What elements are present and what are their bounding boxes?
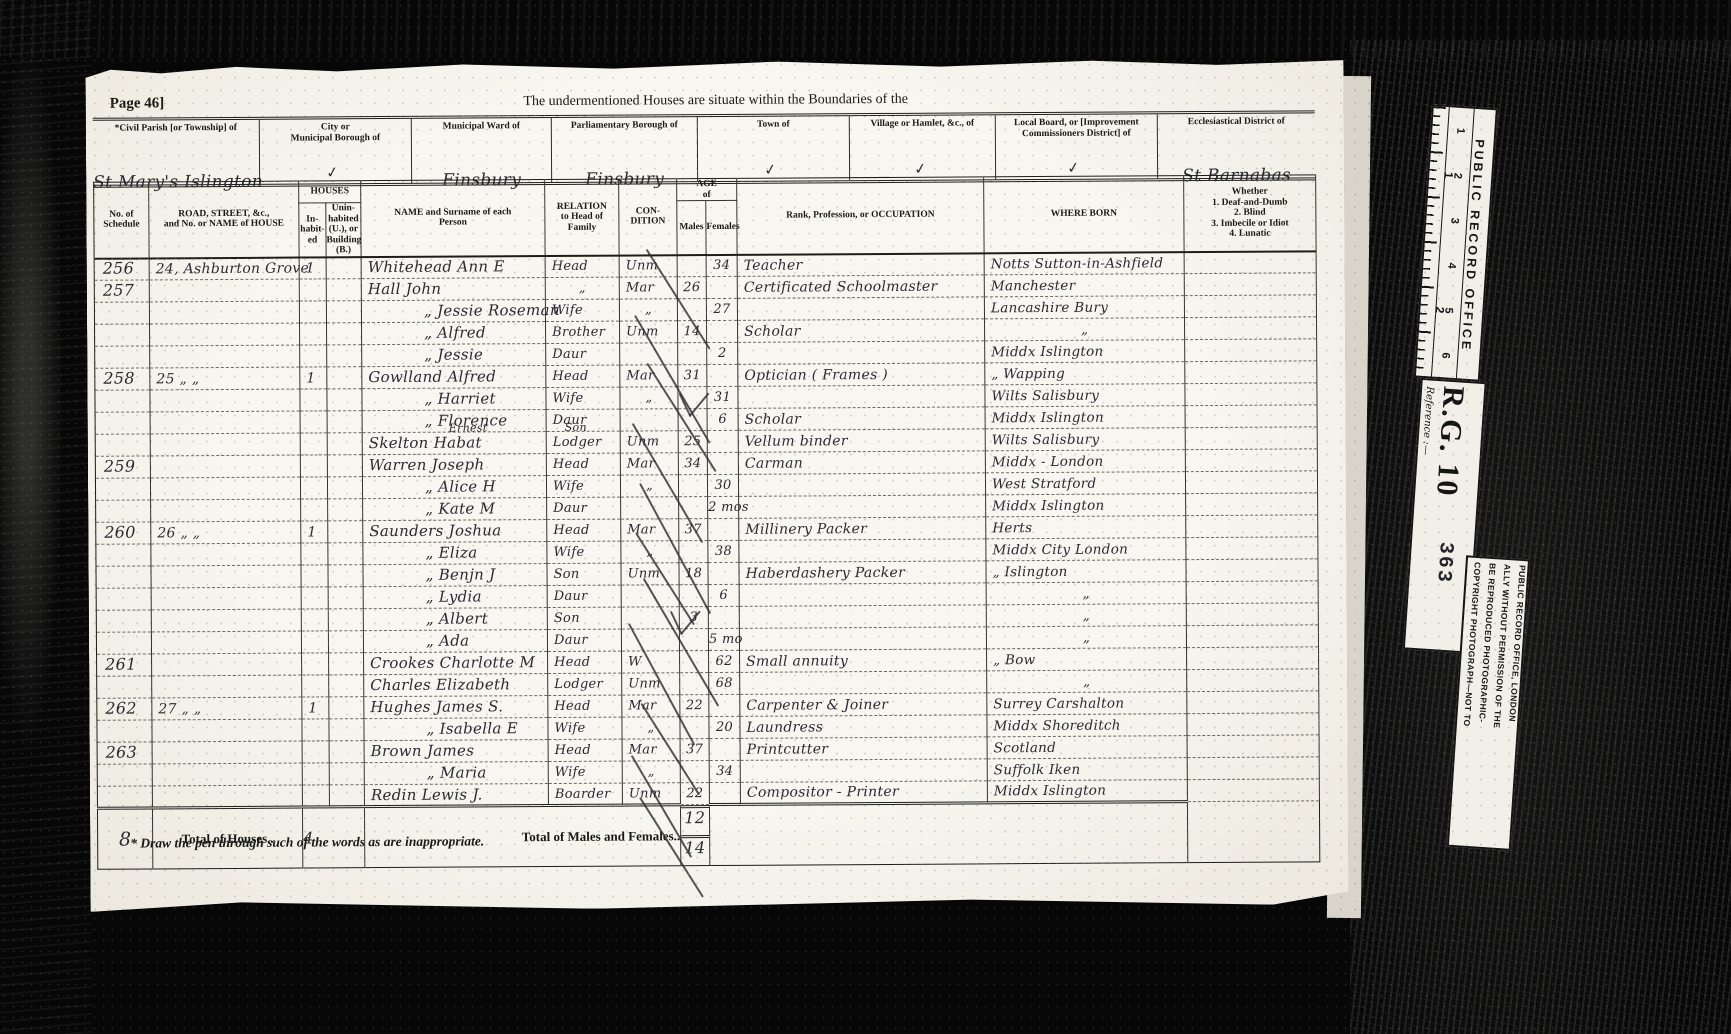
cell-relation: SonLodger <box>546 431 620 453</box>
background-texture-left <box>0 0 92 1034</box>
handwritten-entry: Lodger <box>547 434 602 452</box>
cell-schedule <box>95 478 150 500</box>
header-field-3: Parliamentary Borough ofFinsbury <box>551 117 697 182</box>
handwritten-entry: W <box>622 653 642 671</box>
cell-disability <box>1187 713 1319 736</box>
cell-name: „ Lydia <box>363 586 547 609</box>
cell-age-f <box>708 562 739 584</box>
cell-inhabited <box>301 565 328 587</box>
cell-inhabited <box>299 279 326 301</box>
cell-road <box>149 301 299 324</box>
cell-relation: Wife <box>546 387 620 409</box>
cell-age-f <box>706 276 737 298</box>
cell-inhabited <box>301 543 328 565</box>
cell-road <box>152 653 302 676</box>
cell-inhabited <box>300 411 327 433</box>
cell-occupation: Carman <box>738 451 985 475</box>
cell-born: West Stratford <box>985 472 1185 495</box>
cell-disability <box>1185 471 1317 494</box>
handwritten-entry: Lancashire Bury <box>985 298 1108 317</box>
handwritten-entry: „ Ada <box>364 632 470 651</box>
cell-born: „ <box>986 604 1186 627</box>
cell-occupation: Laundress <box>740 715 987 739</box>
cell-road <box>150 411 300 434</box>
cell-uninhabited <box>327 433 362 455</box>
cell-disability <box>1186 537 1318 560</box>
handwritten-entry: Scholar <box>739 410 802 428</box>
cell-name: Saunders Joshua <box>363 520 547 543</box>
handwritten-entry: Mar <box>623 741 657 759</box>
cell-name: Hall John <box>361 278 545 301</box>
page-number-label: Page 46] <box>110 95 165 112</box>
cell-uninhabited <box>327 345 362 367</box>
cell-age-m <box>677 255 706 277</box>
handwritten-entry: Millinery Packer <box>739 520 867 539</box>
handwritten-entry: Daur <box>546 346 586 364</box>
header-field-7: Ecclesiastical District ofSt Barnabas <box>1157 113 1315 178</box>
handwritten-entry: „ Isabella E <box>364 719 518 738</box>
handwritten-entry: 26 „ „ <box>151 524 200 542</box>
handwritten-entry: 259 <box>96 458 136 476</box>
cell-relation: Daur <box>547 497 621 519</box>
scanned-census-photograph: Page 46] The undermentioned Houses are s… <box>0 0 1731 1034</box>
cell-name: ErnestSkelton Habat <box>362 432 546 455</box>
cell-schedule <box>95 324 150 346</box>
cell-name: „ Kate M <box>363 498 547 521</box>
cell-condition <box>620 343 678 365</box>
handwritten-entry: Brother <box>546 324 605 342</box>
cell-uninhabited <box>328 499 363 521</box>
handwritten-entry: 6 <box>719 587 728 605</box>
cell-born: Manchester <box>984 274 1184 297</box>
cell-relation: Brother <box>546 321 620 343</box>
cell-schedule <box>96 500 151 522</box>
cell-condition: Mar <box>619 277 677 299</box>
handwritten-entry: Wilts Salisbury <box>986 430 1100 449</box>
census-form-sheet: Page 46] The undermentioned Houses are s… <box>85 56 1348 912</box>
cell-inhabited <box>301 499 328 521</box>
header-field-2: Municipal Ward ofFinsbury <box>411 118 551 183</box>
cell-born: „ <box>986 626 1186 649</box>
cell-condition: Mar <box>620 453 678 475</box>
handwritten-entry: Wilts Salisbury <box>985 386 1099 405</box>
handwritten-entry: Warren Joseph <box>363 455 485 474</box>
cell-inhabited <box>302 653 329 675</box>
handwritten-entry: Head <box>546 368 588 386</box>
handwritten-entry: Head <box>549 742 591 760</box>
cell-uninhabited <box>329 675 364 697</box>
cell-name: Redin Lewis J. <box>364 784 548 807</box>
cell-age-f: 6 <box>708 584 739 606</box>
cell-uninhabited <box>327 367 362 389</box>
handwritten-entry: Daur <box>547 500 587 518</box>
handwritten-entry: 262 <box>97 700 137 718</box>
cell-road <box>152 763 302 786</box>
cell-inhabited <box>300 477 327 499</box>
cell-occupation: Scholar <box>738 407 985 431</box>
handwritten-entry: Middx Islington <box>986 408 1104 427</box>
cell-condition: Unm <box>622 673 680 695</box>
cell-schedule <box>94 302 149 324</box>
cell-disability <box>1185 449 1317 472</box>
cell-uninhabited <box>329 653 364 675</box>
cell-inhabited: 1 <box>301 521 328 543</box>
handwritten-entry: „ <box>987 628 1186 647</box>
handwritten-entry: Wife <box>547 544 584 562</box>
cell-born: „ <box>986 582 1186 605</box>
cell-occupation: Vellum binder <box>738 429 985 453</box>
cell-schedule: 259 <box>95 456 150 478</box>
handwritten-entry: Wife <box>549 764 586 782</box>
handwritten-entry: Son <box>548 566 580 584</box>
cell-road <box>151 587 301 610</box>
cell-schedule <box>96 610 151 632</box>
cell-inhabited: 1 <box>299 257 326 279</box>
handwritten-entry: Haberdashery Packer <box>740 563 906 582</box>
handwritten-entry: 24, Ashburton Grove <box>150 259 310 278</box>
handwritten-entry: Wife <box>547 478 584 496</box>
cell-age-f <box>709 782 740 804</box>
handwritten-entry: Daur <box>548 588 588 606</box>
handwritten-entry: „ Alice H <box>363 477 496 496</box>
cell-born: „ <box>987 670 1187 693</box>
handwritten-entry: Middx Islington <box>986 496 1104 515</box>
cell-disability <box>1186 559 1318 582</box>
cell-uninhabited <box>328 543 363 565</box>
cell-relation: Son <box>547 563 621 585</box>
cell-road <box>150 345 300 368</box>
handwritten-entry: Carpenter & Joiner <box>740 695 888 714</box>
cell-disability <box>1187 757 1319 780</box>
cell-disability <box>1185 427 1317 450</box>
handwritten-entry: 27 „ „ <box>152 700 201 718</box>
cell-road <box>152 675 302 698</box>
cell-born: Middx Islington <box>987 780 1187 803</box>
handwritten-entry: „ Harriet <box>362 389 495 408</box>
handwritten-entry: Optician ( Frames ) <box>738 365 888 384</box>
cell-schedule <box>97 720 152 742</box>
handwritten-entry: Teacher <box>738 256 803 274</box>
cell-schedule: 260 <box>96 522 151 544</box>
handwritten-entry: Head <box>546 258 588 276</box>
cell-relation: Boarder <box>548 783 622 805</box>
tick-mark: ✓ <box>913 159 928 179</box>
cell-age-m <box>678 475 707 497</box>
cell-occupation <box>740 759 987 783</box>
handwritten-entry: 1 <box>301 523 316 541</box>
col-header-disability: Whether 1. Deaf-and-Dumb 2. Blind 3. Imb… <box>1184 175 1316 252</box>
cell-uninhabited <box>328 609 363 631</box>
cell-occupation: Certificated Schoolmaster <box>737 275 984 299</box>
cell-inhabited <box>301 587 328 609</box>
cell-age-m: 31 <box>678 365 707 387</box>
cell-road <box>150 455 300 478</box>
cell-born: Middx City London <box>986 538 1186 561</box>
inserted-text: Son <box>565 423 587 433</box>
handwritten-entry: Wife <box>546 390 583 408</box>
handwritten-entry: Mar <box>620 279 654 297</box>
col-header-born: WHERE BORN <box>984 176 1184 253</box>
handwritten-entry: 34 <box>713 257 730 275</box>
header-field-label: Village or Hamlet, &c., of <box>850 118 995 130</box>
header-field-1: City or Municipal Borough of✓ <box>259 119 411 184</box>
col-header-condition: CON- DITION <box>619 179 677 255</box>
col-header-name: NAME and Surname of each Person <box>361 180 545 257</box>
cell-age-f: 38 <box>708 540 739 562</box>
col-header-inhabited: In- habit- ed <box>299 203 326 257</box>
handwritten-entry: 258 <box>95 370 135 388</box>
census-table: No. of Schedule ROAD, STREET, &c., and N… <box>93 174 1320 869</box>
cell-condition: Unm <box>622 783 680 805</box>
cell-disability <box>1185 361 1317 384</box>
cell-relation: Wife <box>548 717 622 739</box>
cell-condition <box>620 409 678 431</box>
handwritten-entry: Middx - London <box>986 452 1104 471</box>
cell-disability <box>1187 669 1319 692</box>
cell-age-f: 34 <box>706 254 737 276</box>
handwritten-entry: Head <box>548 654 590 672</box>
cell-condition <box>621 629 679 651</box>
cell-disability <box>1187 691 1319 714</box>
cell-inhabited <box>301 631 328 653</box>
handwritten-entry: Printcutter <box>741 740 829 759</box>
cell-inhabited <box>300 345 327 367</box>
handwritten-entry: „ Benjn J <box>364 565 496 584</box>
ruler-cm-number: 6 <box>1439 351 1451 358</box>
cell-born: Middx Islington <box>985 406 1185 429</box>
handwritten-entry: Wife <box>546 302 583 320</box>
handwritten-entry: 34 <box>716 763 733 781</box>
cell-disability <box>1186 603 1318 626</box>
cell-road: 27 „ „ <box>152 697 302 720</box>
cell-relation: Head <box>546 365 620 387</box>
cell-road: 24, Ashburton Grove <box>149 257 299 280</box>
cell-age-f <box>709 738 740 760</box>
cell-relation: Daur <box>547 585 621 607</box>
handwritten-entry: Saunders Joshua <box>363 521 501 540</box>
cell-age-m <box>680 651 709 673</box>
cell-born: Middx Shoreditch <box>987 714 1187 737</box>
handwritten-entry: „ Alfred <box>362 323 486 342</box>
handwritten-entry: Daur <box>548 632 588 650</box>
cell-uninhabited <box>329 763 364 785</box>
cell-relation: Wife <box>547 541 621 563</box>
cell-uninhabited <box>329 719 364 741</box>
cell-age-f: 30 <box>707 474 738 496</box>
handwritten-entry: Wife <box>548 720 585 738</box>
handwritten-entry: Son <box>548 610 580 628</box>
handwritten-entry: 22 <box>686 697 703 715</box>
handwritten-entry: Manchester <box>985 276 1076 295</box>
cell-relation: Head <box>547 519 621 541</box>
cell-name: Brown James <box>364 740 548 763</box>
cell-road <box>151 499 301 522</box>
ruler-cm-number: 1 <box>1454 127 1466 134</box>
cell-occupation <box>740 671 987 695</box>
handwritten-entry: 1 <box>300 259 315 277</box>
cell-uninhabited <box>327 477 362 499</box>
cell-age-f <box>708 606 739 628</box>
handwritten-entry: 5 mo <box>709 631 743 649</box>
handwritten-entry: West Stratford <box>986 474 1097 493</box>
inserted-text: Ernest <box>449 423 488 433</box>
cell-age-m <box>678 343 707 365</box>
handwritten-entry: Head <box>548 698 590 716</box>
column-headers: No. of Schedule ROAD, STREET, &c., and N… <box>94 175 1316 258</box>
handwritten-entry: 260 <box>96 524 136 542</box>
cell-disability <box>1187 647 1319 670</box>
tick-mark: ✓ <box>325 163 340 183</box>
cell-name: „ Benjn J <box>363 564 547 587</box>
header-field-4: Town of✓ <box>697 116 849 181</box>
handwritten-entry: Middx City London <box>986 540 1128 559</box>
handwritten-entry: 1 <box>302 699 317 717</box>
reference-series: R.G. 10 <box>1429 385 1470 499</box>
tick-mark: ✓ <box>763 160 778 180</box>
cell-schedule: 263 <box>97 742 152 764</box>
cell-born: „ Islington <box>986 560 1186 583</box>
cell-occupation <box>739 583 986 607</box>
cell-occupation <box>738 385 985 409</box>
cell-born: Herts <box>986 516 1186 539</box>
cell-name: Charles Elizabeth <box>364 674 548 697</box>
handwritten-entry: Mar <box>622 697 656 715</box>
cell-schedule: 262 <box>97 698 152 720</box>
cell-name: „ Alice H <box>362 476 546 499</box>
handwritten-entry: Suffolk Iken <box>988 760 1081 779</box>
handwritten-entry: Compositor - Printer <box>741 783 899 802</box>
handwritten-entry: 25 „ „ <box>150 370 199 388</box>
cell-road <box>151 543 301 566</box>
col-header-road: ROAD, STREET, &c., and No. or NAME of HO… <box>149 181 299 258</box>
cell-age-m: 37 <box>680 739 709 761</box>
cell-relation: Head <box>548 651 622 673</box>
cell-road: 25 „ „ <box>150 367 300 390</box>
handwritten-entry: „ Albert <box>364 609 488 628</box>
handwritten-entry: Brown James <box>365 741 475 760</box>
handwritten-entry: Middx Islington <box>988 782 1106 801</box>
handwritten-entry: Head <box>547 456 589 474</box>
handwritten-entry: Surrey Carshalton <box>987 694 1124 713</box>
cell-occupation: Scholar <box>738 319 985 343</box>
col-header-uninhabited: Unin- habited (U.), or Building (B.) <box>326 203 361 257</box>
cell-schedule <box>96 544 151 566</box>
col-header-houses-group: HOUSES <box>299 181 361 203</box>
cell-disability <box>1185 317 1317 340</box>
cell-inhabited: 1 <box>302 697 329 719</box>
cell-schedule <box>95 412 150 434</box>
reference-piece-stamp: 363 <box>1431 541 1457 584</box>
cell-name: „ Albert <box>363 608 547 631</box>
background-texture-top <box>0 0 1731 58</box>
cell-schedule <box>96 588 151 610</box>
handwritten-entry: 2 <box>718 345 727 363</box>
handwritten-entry: 261 <box>97 656 137 674</box>
cell-inhabited <box>300 455 327 477</box>
cell-schedule <box>96 632 151 654</box>
census-table-body: 25624, Ashburton Grove1Whitehead Ann EHe… <box>94 251 1319 808</box>
cell-inhabited <box>302 741 329 763</box>
cell-age-f: 31 <box>707 386 738 408</box>
handwritten-entry: 256 <box>95 260 135 278</box>
handwritten-entry: Middx Shoreditch <box>987 716 1120 735</box>
handwritten-entry: 1 <box>300 369 315 387</box>
header-field-6: Local Board, or [Improvement Commissione… <box>995 114 1157 179</box>
ruler-cm-number: 4 <box>1445 262 1457 269</box>
cell-relation: Head <box>546 453 620 475</box>
cell-disability <box>1186 515 1318 538</box>
handwritten-entry: „ <box>623 763 680 781</box>
cell-relation: Lodger <box>548 673 622 695</box>
cell-uninhabited <box>326 279 361 301</box>
cell-inhabited <box>300 389 327 411</box>
handwritten-entry: Crookes Charlotte M <box>364 653 535 672</box>
cell-born: „ Wapping <box>985 362 1185 385</box>
cell-schedule <box>97 786 152 808</box>
handwritten-entry: „ Islington <box>987 562 1068 580</box>
cell-inhabited <box>302 785 329 807</box>
handwritten-entry: 257 <box>95 282 135 300</box>
cell-name: „ Ada <box>363 630 547 653</box>
handwritten-entry: 263 <box>98 744 138 762</box>
handwritten-entry: „ <box>987 584 1186 603</box>
handwritten-entry: Carman <box>739 454 803 472</box>
form-footnote: * Draw the pen through such of the words… <box>130 833 484 851</box>
handwritten-entry: „ Maria <box>365 763 487 782</box>
cell-age-f <box>707 364 738 386</box>
cell-road <box>150 477 300 500</box>
cell-inhabited <box>302 719 329 741</box>
form-heading: The undermentioned Houses are situate wi… <box>386 91 1046 111</box>
cell-inhabited <box>299 301 326 323</box>
cell-age-m: 34 <box>678 453 707 475</box>
handwritten-entry: Middx Islington <box>985 342 1103 361</box>
cell-born: Notts Sutton-in-Ashfield <box>984 252 1184 275</box>
cell-born: Suffolk Iken <box>987 758 1187 781</box>
totals-empty-cell <box>709 802 1187 866</box>
cell-age-f: 68 <box>709 672 740 694</box>
cell-disability <box>1186 493 1318 516</box>
cell-age-m: 22 <box>680 695 709 717</box>
cell-name: Hughes James S. <box>364 696 548 719</box>
cell-road <box>149 279 299 302</box>
cell-age-f: 20 <box>709 716 740 738</box>
cell-road <box>150 433 300 456</box>
cell-disability <box>1186 625 1318 648</box>
cell-road <box>152 719 302 742</box>
cell-occupation: Carpenter & Joiner <box>740 693 987 717</box>
handwritten-entry: 31 <box>714 389 731 407</box>
handwritten-entry: 26 <box>683 279 700 297</box>
handwritten-entry: Unm <box>622 675 661 693</box>
cell-condition: „ <box>621 541 679 563</box>
col-header-schedule: No. of Schedule <box>94 182 149 258</box>
cell-name: „ Jessie <box>362 344 546 367</box>
cell-occupation <box>738 473 985 497</box>
cell-occupation: Optician ( Frames ) <box>738 363 985 387</box>
handwritten-entry: Lodger <box>548 676 603 694</box>
col-header-males: Males <box>677 201 706 255</box>
cell-relation: Head <box>545 255 619 277</box>
handwritten-entry: 38 <box>715 543 732 561</box>
cell-road <box>151 631 301 654</box>
ruler-cm-number: 2 <box>1451 172 1463 179</box>
handwritten-entry: 6 <box>718 411 727 429</box>
cell-disability <box>1185 405 1317 428</box>
handwritten-entry: „ Jessie Roseman <box>362 301 560 320</box>
cell-schedule <box>95 390 150 412</box>
header-field-label: Town of <box>698 119 849 131</box>
